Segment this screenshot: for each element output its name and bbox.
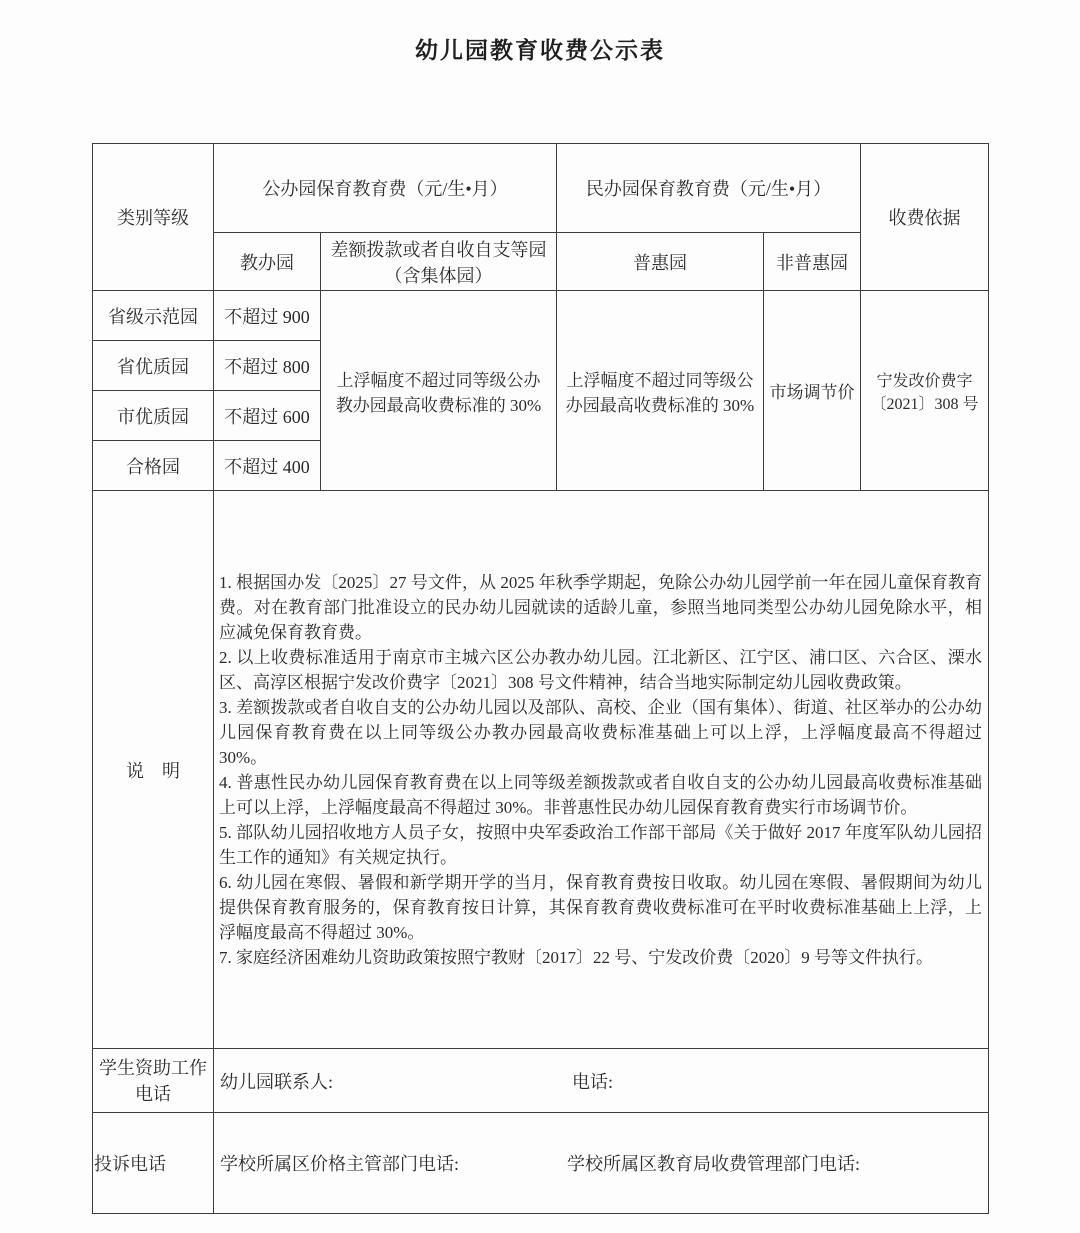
level-label: 省级示范园 (93, 291, 214, 341)
kindergarten-contact-label: 幼儿园联系人: (220, 1068, 572, 1094)
note-item-3: 3. 差额拨款或者自收自支的公办幼儿园以及部队、高校、企业（国有集体）、街道、社… (219, 695, 982, 770)
note-item-5: 5. 部队幼儿园招收地方人员子女，按照中央军委政治工作部干部局《关于做好 201… (219, 820, 982, 870)
table-row-provincial-demo: 省级示范园 不超过 900 上浮幅度不超过同等级公办 教办园最高收费标准的 30… (93, 291, 989, 341)
header-public-office-cell: 教办园 (214, 233, 321, 291)
student-aid-phone-label-cell: 学生资助工作电话 (93, 1049, 214, 1113)
header-row-2: 教办园 差额拨款或者自收自支等园 （含集体园） 普惠园 非普惠园 (93, 233, 989, 291)
notes-row: 说 明 1. 根据国办发〔2025〕27 号文件，从 2025 年秋季学期起，免… (93, 491, 989, 1049)
note-item-7: 7. 家庭经济困难幼儿资助政策按照宁教财〔2017〕22 号、宁发改价费〔202… (219, 945, 982, 970)
complaint-phone-label-cell: 投诉电话 (93, 1113, 214, 1214)
note-item-1: 1. 根据国办发〔2025〕27 号文件，从 2025 年秋季学期起，免除公办幼… (219, 570, 982, 645)
private-inclusive-fee-note-cell: 上浮幅度不超过同等级公 办园最高收费标准的 30% (557, 291, 764, 491)
complaint-phone-body-cell: 学校所属区价格主管部门电话:学校所属区教育局收费管理部门电话: (214, 1113, 989, 1214)
public-other-fee-note-cell: 上浮幅度不超过同等级公办 教办园最高收费标准的 30% (321, 291, 557, 491)
price-dept-phone-label: 学校所属区价格主管部门电话: (220, 1150, 567, 1176)
header-fee-basis-cell: 收费依据 (861, 144, 989, 291)
level-label: 省优质园 (93, 341, 214, 391)
student-aid-phone-body-cell: 幼儿园联系人:电话: (214, 1049, 989, 1113)
private-noninclusive-fee-cell: 市场调节价 (764, 291, 861, 491)
header-category-level-cell: 类别等级 (93, 144, 214, 291)
header-private-inclusive-cell: 普惠园 (557, 233, 764, 291)
edu-dept-phone-label: 学校所属区教育局收费管理部门电话: (567, 1154, 860, 1174)
level-label: 市优质园 (93, 391, 214, 441)
notes-body-cell: 1. 根据国办发〔2025〕27 号文件，从 2025 年秋季学期起，免除公办幼… (214, 491, 989, 1049)
header-private-fee-cell: 民办园保育教育费（元/生•月） (557, 144, 861, 233)
fee-value: 不超过 800 (214, 341, 321, 391)
phone-label: 电话: (572, 1072, 613, 1092)
complaint-phone-row: 投诉电话 学校所属区价格主管部门电话:学校所属区教育局收费管理部门电话: (93, 1113, 989, 1214)
document-page: 幼儿园教育收费公示表 类别等级 公办园保育教育费（元/生•月） 民办园保育教育费… (0, 0, 1080, 1233)
note-item-2: 2. 以上收费标准适用于南京市主城六区公办教办幼儿园。江北新区、江宁区、浦口区、… (219, 645, 982, 695)
note-item-4: 4. 普惠性民办幼儿园保育教育费在以上同等级差额拨款或者自收自支的公办幼儿园最高… (219, 770, 982, 820)
header-private-noninclusive-cell: 非普惠园 (764, 233, 861, 291)
fee-value: 不超过 600 (214, 391, 321, 441)
page-title: 幼儿园教育收费公示表 (0, 32, 1080, 65)
header-row-1: 类别等级 公办园保育教育费（元/生•月） 民办园保育教育费（元/生•月） 收费依… (93, 144, 989, 233)
fee-value: 不超过 900 (214, 291, 321, 341)
header-public-other-cell: 差额拨款或者自收自支等园 （含集体园） (321, 233, 557, 291)
header-public-fee-cell: 公办园保育教育费（元/生•月） (214, 144, 557, 233)
level-label: 合格园 (93, 441, 214, 491)
notes-label-cell: 说 明 (93, 491, 214, 1049)
fee-value: 不超过 400 (214, 441, 321, 491)
fee-table: 类别等级 公办园保育教育费（元/生•月） 民办园保育教育费（元/生•月） 收费依… (92, 143, 989, 1214)
student-aid-phone-row: 学生资助工作电话 幼儿园联系人:电话: (93, 1049, 989, 1113)
note-item-6: 6. 幼儿园在寒假、暑假和新学期开学的当月，保育教育费按日收取。幼儿园在寒假、暑… (219, 870, 982, 945)
fee-basis-value-cell: 宁发改价费字 〔2021〕308 号 (861, 291, 989, 491)
